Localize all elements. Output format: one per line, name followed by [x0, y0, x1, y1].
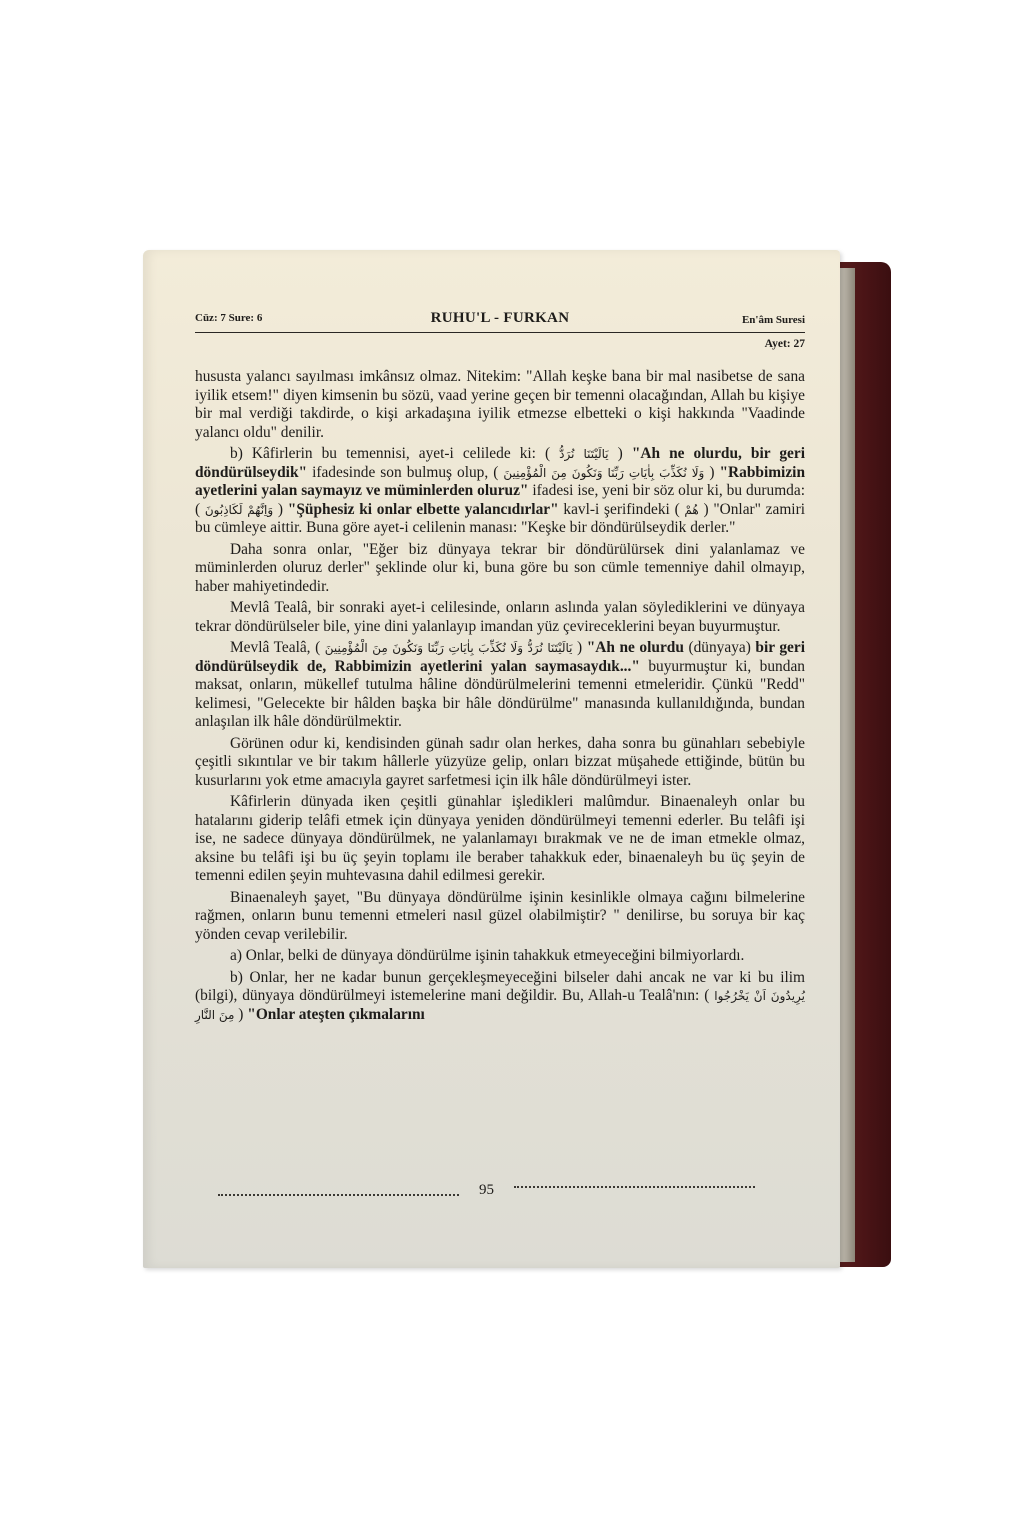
header-book-title: RUHU'L - FURKAN	[195, 310, 805, 327]
page-footer: 95	[218, 1180, 755, 1200]
paragraph: Daha sonra onlar, "Eğer biz dünyaya tekr…	[195, 541, 805, 597]
running-header: Cüz: 7 Sure: 6 RUHU'L - FURKAN En'âm Sur…	[195, 310, 805, 333]
open-book: Cüz: 7 Sure: 6 RUHU'L - FURKAN En'âm Sur…	[143, 250, 893, 1272]
paragraph: b) Kâfirlerin bu temennisi, ayet-i celil…	[195, 445, 805, 538]
paragraph: a) Onlar, belki de dünyaya döndürülme iş…	[195, 947, 805, 966]
paragraph: Mevlâ Tealâ, bir sonraki ayet-i celilesi…	[195, 599, 805, 636]
footer-dotted-rule-left	[218, 1194, 459, 1196]
header-sura-name: En'âm Suresi	[742, 314, 805, 326]
bold-quote: "Ah ne olurdu	[587, 639, 684, 656]
arabic-verse: هُمْ	[684, 503, 698, 517]
arabic-verse: وَلَا نُكَذِّبَ بِاٰيَاتِ رَبِّنَا وَنَك…	[503, 466, 704, 480]
header-ayet-number: Ayet: 27	[765, 338, 805, 350]
arabic-verse: وَاِنَّهُمْ لَكَاذِبُونَ	[205, 503, 273, 517]
bold-quote: "Şüphesiz ki onlar elbette yalancıdırlar…	[288, 501, 559, 518]
paragraph: Binaenaleyh şayet, "Bu dünyaya döndürülm…	[195, 889, 805, 945]
paragraph: Görünen odur ki, kendisinden günah sadır…	[195, 735, 805, 791]
arabic-verse: يَالَيْتَنَا نُرَدُّ وَلَا نُكَذِّبَ بِا…	[325, 641, 573, 655]
page-number: 95	[479, 1182, 494, 1199]
page-body-text: hususta yalancı sayılması imkânsız olmaz…	[195, 368, 805, 1027]
paragraph: hususta yalancı sayılması imkânsız olmaz…	[195, 368, 805, 442]
paragraph: Mevlâ Tealâ, ( يَالَيْتَنَا نُرَدُّ وَلَ…	[195, 639, 805, 732]
book-page: Cüz: 7 Sure: 6 RUHU'L - FURKAN En'âm Sur…	[143, 250, 840, 1268]
bold-quote: "Onlar ateşten çıkmalarını	[247, 1006, 425, 1023]
bold-quote: "Ah ne olurdu, bir geri döndürülseydik"	[195, 445, 805, 481]
paragraph: Kâfirlerin dünyada iken çeşitli günahlar…	[195, 793, 805, 886]
arabic-verse: يَالَيْتَنَا نُرَدُّ	[559, 447, 608, 461]
footer-dotted-rule-right	[514, 1186, 755, 1188]
paragraph: b) Onlar, her ne kadar bunun gerçekleşme…	[195, 969, 805, 1025]
